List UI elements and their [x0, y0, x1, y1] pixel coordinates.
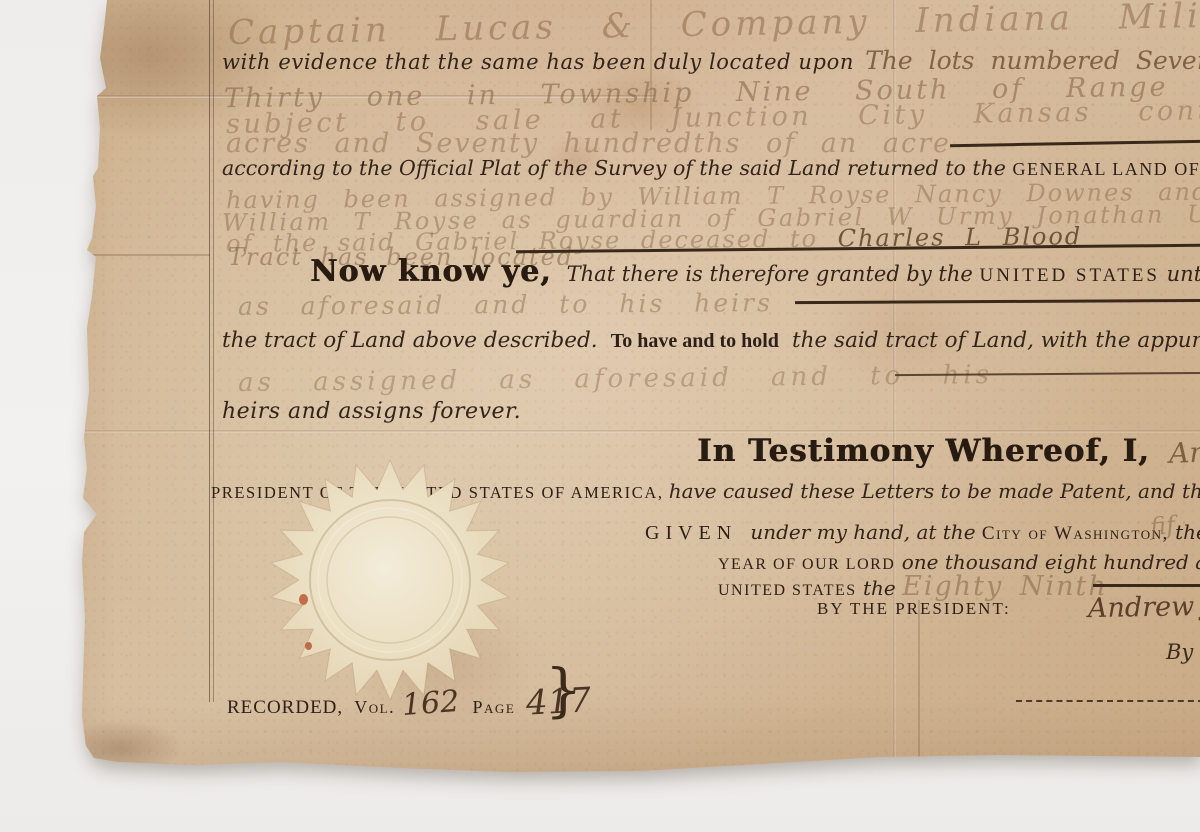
- printed-located-upon: with evidence that the same has been dul…: [222, 50, 854, 74]
- recorded-label: RECORDED,: [227, 697, 343, 718]
- photograph-of-land-patent: Captain Lucas & Company Indiana Militia …: [0, 0, 1200, 832]
- starburst-seal: [264, 458, 516, 704]
- printed-granted-by: That there is therefore granted by the: [567, 262, 980, 286]
- red-wax-spot: [299, 594, 308, 605]
- united-states-line-caps: UNITED STATES: [718, 582, 857, 599]
- fill-in-rule-line: [950, 140, 1200, 147]
- by-the-president-caps: BY THE PRESIDENT:: [817, 599, 1011, 619]
- handwritten-day-value: fif: [1149, 511, 1177, 541]
- printed-unto-the-said: unto the said: [1160, 262, 1200, 286]
- handwritten-lots-numbered: The lots numbered Seven Eleven: [865, 46, 1200, 75]
- andrew-johnson-signature: Andrew J: [1088, 591, 1200, 624]
- printed-to-have-and-to-hold: To have and to hold: [611, 330, 779, 352]
- in-testimony-blackletter: In Testimony Whereof, I,: [697, 433, 1150, 469]
- located-upon-line: with evidence that the same has been dul…: [222, 46, 1200, 75]
- fill-in-rule-line: [795, 299, 1200, 304]
- independence-year-line: UNITED STATES the Eighty Ninth: [718, 571, 1108, 602]
- countersign-dashed-line: [1016, 700, 1200, 702]
- handwritten-eighty-ninth: Eighty Ninth: [902, 571, 1108, 602]
- horizontal-fold-crease: [85, 254, 210, 256]
- in-testimony-line: In Testimony Whereof, I, Andrew: [697, 433, 1200, 469]
- printed-plat-text: according to the Official Plat of the Su…: [222, 156, 1012, 180]
- vertical-fold-crease: [918, 600, 920, 757]
- given-caps: GIVEN: [645, 522, 737, 544]
- printed-heirs-forever: heirs and assigns forever.: [222, 399, 521, 424]
- red-wax-spot: [305, 642, 312, 650]
- margin-rule-line: [213, 0, 214, 702]
- handwritten-acreage-line: acres and Seventy hundredths of an acre: [226, 128, 951, 159]
- printed-under-my-hand: under my hand, at the: [750, 520, 982, 544]
- page-label: Page: [473, 697, 516, 717]
- president-signature-start: Andrew: [1168, 433, 1200, 470]
- printed-appurtenances: the said tract of Land, with the appurte…: [792, 328, 1200, 353]
- handwritten-vol-number: 162: [401, 684, 461, 723]
- fill-in-rule-line: [1093, 584, 1200, 587]
- recording-brace: }: [545, 656, 582, 724]
- to-have-and-to-hold-line: the tract of Land above described. To ha…: [222, 328, 1200, 353]
- printed-the-2: the: [857, 576, 902, 600]
- handwritten-assigned-faded: as assigned as aforesaid and to his: [238, 360, 993, 398]
- now-know-ye-line: Now know ye, That there is therefore gra…: [310, 254, 1200, 289]
- document-paper: Captain Lucas & Company Indiana Militia …: [0, 0, 1200, 832]
- given-line: GIVEN under my hand, at the City of Wash…: [645, 520, 1200, 545]
- city-of-washington-smallcaps: City of Washington,: [982, 523, 1169, 544]
- general-land-office-caps: GENERAL LAND OFFICE: [1012, 159, 1200, 179]
- official-plat-line: according to the Official Plat of the Su…: [222, 156, 1200, 180]
- document-paper-wrapper: Captain Lucas & Company Indiana Militia …: [0, 0, 1200, 832]
- margin-rule-line: [209, 0, 210, 702]
- united-states-caps: UNITED STATES: [979, 265, 1160, 286]
- printed-letters-patent: have caused these Letters to be made Pat…: [669, 479, 1200, 503]
- handwritten-aforesaid-heirs: as aforesaid and to his heirs: [238, 288, 773, 321]
- by-secretary-italic: By: [1166, 640, 1193, 664]
- recorded-line: RECORDED, Vol. 162 Page 417: [227, 682, 591, 722]
- vol-label: Vol.: [354, 697, 395, 717]
- now-know-ye-blackletter: Now know ye,: [310, 254, 552, 289]
- printed-tract-described: the tract of Land above described.: [222, 328, 598, 353]
